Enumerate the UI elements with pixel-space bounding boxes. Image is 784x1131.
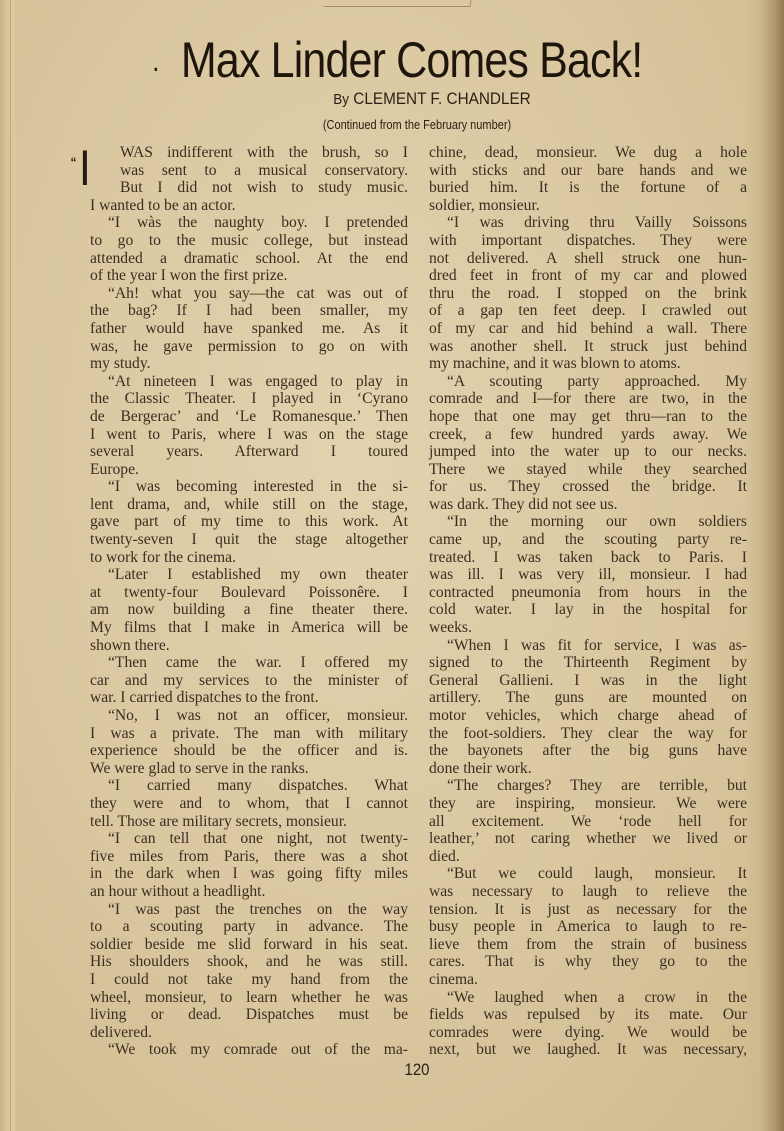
text-line: comrade and I—for there are two, in the	[429, 390, 747, 408]
text-line: was, he gave permission to go on with	[90, 338, 408, 356]
drop-cap-quote: “	[71, 140, 77, 184]
text-line: busy people in America to laugh to re-	[429, 918, 747, 936]
text-line: was sent to a musical conservatory.	[90, 162, 408, 180]
text-line: an hour without a headlight.	[90, 883, 408, 901]
text-line: all excitement. We ‘rode hell for	[429, 813, 747, 831]
text-line: weeks.	[429, 619, 747, 637]
text-line: for us. They crossed the bridge. It	[429, 478, 747, 496]
text-line: car and my services to the minister of	[90, 672, 408, 690]
text-line: was ill. I was very ill, monsieur. I had	[429, 566, 747, 584]
text-line: with important dispatches. They were	[429, 232, 747, 250]
text-line: fields was repulsed by its mate. Our	[429, 1006, 747, 1024]
text-line: thru the road. I stopped on the brink	[429, 285, 747, 303]
text-line: was necessary to laugh to relieve the	[429, 883, 747, 901]
text-line: was another shell. It struck just behind	[429, 338, 747, 356]
text-line: they are inspiring, monsieur. We were	[429, 795, 747, 813]
text-line: wheel, monsieur, to learn whether he was	[90, 989, 408, 1007]
text-line: lent drama, and, while still on the stag…	[90, 496, 408, 514]
text-line: “In the morning our own soldiers	[429, 513, 747, 531]
text-line: buried him. It is the fortune of a	[429, 179, 747, 197]
text-line: hope that one may get thru—ran to the	[429, 408, 747, 426]
text-line: chine, dead, monsieur. We dug a hole	[429, 144, 747, 162]
text-line: treated. I was taken back to Paris. I	[429, 549, 747, 567]
text-line: cold water. I lay in the hospital for	[429, 601, 747, 619]
text-line: attended a dramatic school. At the end	[90, 250, 408, 268]
text-line: “No, I was not an officer, monsieur.	[90, 707, 408, 725]
text-line: WAS indifferent with the brush, so I	[90, 144, 408, 162]
text-line: “Then came the war. I offered my	[90, 654, 408, 672]
text-line: I was a private. The man with military	[90, 725, 408, 743]
text-line: in the dark when I was going fifty miles	[90, 865, 408, 883]
text-line: cares. That is why they go to the	[429, 953, 747, 971]
text-line: tension. It is just as necessary for the	[429, 901, 747, 919]
text-line: twenty-seven I quit the stage altogether	[90, 531, 408, 549]
text-line: cinema.	[429, 971, 747, 989]
text-line: “I wàs the naughty boy. I pretended	[90, 214, 408, 232]
text-column-left: “IWAS indifferent with the brush, so Iwa…	[90, 144, 408, 1059]
text-line: at twenty-four Boulevard Poissonêre. I	[90, 584, 408, 602]
text-line: done their work.	[429, 760, 747, 778]
text-line: of a gap ten feet deep. I crawled out	[429, 302, 747, 320]
text-line: comrades were dying. We would be	[429, 1024, 747, 1042]
text-line: am now building a fine theater there.	[90, 601, 408, 619]
text-line: to work for the cinema.	[90, 549, 408, 567]
text-line: to go to the music college, but instead	[90, 232, 408, 250]
text-line: There we stayed while they searched	[429, 461, 747, 479]
text-line: “I was becoming interested in the si-	[90, 478, 408, 496]
byline: By CLEMENT F. CHANDLER	[43, 89, 784, 109]
text-line: artillery. The guns are mounted on	[429, 689, 747, 707]
text-line: I went to Paris, where I was on the stag…	[90, 426, 408, 444]
text-line: de Bergerac’ and ‘Le Romanesque.’ Then	[90, 408, 408, 426]
magazine-page: .Max Linder Comes Back! By CLEMENT F. CH…	[0, 0, 784, 1131]
text-line: the foot-soldiers. They clear the way fo…	[429, 725, 747, 743]
text-line: died.	[429, 848, 747, 866]
text-line: “Later I established my own theater	[90, 566, 408, 584]
text-column-right: chine, dead, monsieur. We dug a holewith…	[429, 144, 747, 1059]
text-line: But I did not wish to study music.	[90, 179, 408, 197]
top-tab-mark	[324, 0, 472, 7]
text-line: dred feet in front of my car and plowed	[429, 267, 747, 285]
text-line: lieve them from the strain of business	[429, 936, 747, 954]
text-line: next, but we laughed. It was necessary,	[429, 1041, 747, 1059]
text-line: with sticks and our bare hands and we	[429, 162, 747, 180]
text-line: father would have spanked me. As it	[90, 320, 408, 338]
page-number: 120	[50, 1060, 784, 1080]
text-line: experience should be the officer and is.	[90, 742, 408, 760]
text-line: “I can tell that one night, not twenty-	[90, 830, 408, 848]
text-line: came up, and the scouting party re-	[429, 531, 747, 549]
text-line: “I was past the trenches on the way	[90, 901, 408, 919]
text-line: We were glad to serve in the ranks.	[90, 760, 408, 778]
text-line: “Ah! what you say—the cat was out of	[90, 285, 408, 303]
article-title: .Max Linder Comes Back!	[60, 30, 734, 92]
text-line: delivered.	[90, 1024, 408, 1042]
text-line: several years. Afterward I toured	[90, 443, 408, 461]
text-line: my machine, and it was blown to atoms.	[429, 355, 747, 373]
text-line: My films that I make in America will be	[90, 619, 408, 637]
text-line: “At nineteen I was engaged to play in	[90, 373, 408, 391]
text-line: soldier, monsieur.	[429, 197, 747, 215]
text-line: His shoulders shook, and he was still.	[90, 953, 408, 971]
text-line: my study.	[90, 355, 408, 373]
text-line: not delivered. A shell struck one hun-	[429, 250, 747, 268]
drop-cap-letter: I	[79, 140, 91, 196]
text-line: “We took my comrade out of the ma-	[90, 1041, 408, 1059]
text-line: General Gallieni. I was in the light	[429, 672, 747, 690]
text-line: the bag? If I had been smaller, my	[90, 302, 408, 320]
text-line: to a scouting party in advance. The	[90, 918, 408, 936]
text-line: leather,’ not caring whether we lived or	[429, 830, 747, 848]
text-line: “A scouting party approached. My	[429, 373, 747, 391]
text-line: the bayonets after the big guns have	[429, 742, 747, 760]
text-line: living or dead. Dispatches must be	[90, 1006, 408, 1024]
text-line: shown there.	[90, 637, 408, 655]
text-line: signed to the Thirteenth Regiment by	[429, 654, 747, 672]
text-line: I could not take my hand from the	[90, 971, 408, 989]
text-line: I wanted to be an actor.	[90, 197, 408, 215]
author-name: CLEMENT F. CHANDLER	[353, 89, 530, 108]
text-line: the Classic Theater. I played in ‘Cyrano	[90, 390, 408, 408]
text-line: creek, a few hundred yards away. We	[429, 426, 747, 444]
text-line: of the year I won the first prize.	[90, 267, 408, 285]
text-line: jumped into the water up to our necks.	[429, 443, 747, 461]
text-line: five miles from Paris, there was a shot	[90, 848, 408, 866]
title-text: Max Linder Comes Back!	[181, 32, 642, 88]
text-line: “The charges? They are terrible, but	[429, 777, 747, 795]
text-line: they were and to whom, that I cannot	[90, 795, 408, 813]
text-line: “I carried many dispatches. What	[90, 777, 408, 795]
text-line: tell. Those are military secrets, monsie…	[90, 813, 408, 831]
text-line: was dark. They did not see us.	[429, 496, 747, 514]
text-line: “We laughed when a crow in the	[429, 989, 747, 1007]
drop-cap: “I	[79, 146, 91, 190]
page-spine-edge	[10, 0, 11, 1131]
text-line: “When I was fit for service, I was as-	[429, 637, 747, 655]
text-line: motor vehicles, which charge ahead of	[429, 707, 747, 725]
text-line: gave part of my time to this work. At	[90, 513, 408, 531]
text-line: of my car and hid behind a wall. There	[429, 320, 747, 338]
text-line: soldier beside me slid forward in his se…	[90, 936, 408, 954]
byline-prefix: By	[333, 91, 349, 108]
text-line: Europe.	[90, 461, 408, 479]
continuation-note: (Continued from the February number)	[50, 118, 784, 132]
text-line: “But we could laugh, monsieur. It	[429, 865, 747, 883]
text-line: “I was driving thru Vailly Soissons	[429, 214, 747, 232]
title-dot: .	[152, 45, 158, 78]
text-line: war. I carried dispatches to the front.	[90, 689, 408, 707]
text-line: contracted pneumonia from hours in the	[429, 584, 747, 602]
